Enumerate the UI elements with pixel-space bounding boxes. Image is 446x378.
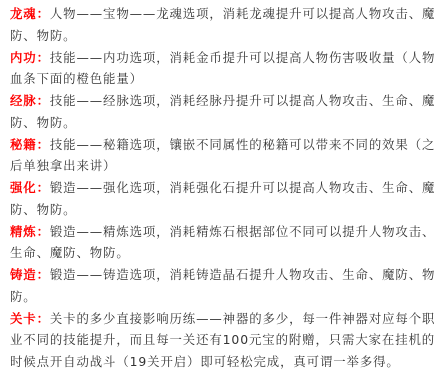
entry-neigong: 内功：技能——内功选项，消耗金币提升可以提高人物伤害吸收量（人物血条下面的橙色能… [10, 47, 438, 91]
entry-description: 人物——宝物——龙魂选项，消耗龙魂提升可以提高人物攻击、魔防、物防。 [10, 6, 435, 43]
article-body: 龙魂：人物——宝物——龙魂选项，消耗龙魂提升可以提高人物攻击、魔防、物防。 内功… [0, 0, 446, 373]
entry-description: 锻造——强化选项，消耗强化石提升可以提高人物攻击、生命、魔防、物防。 [10, 180, 435, 217]
entry-miji: 秘籍：技能——秘籍选项，镶嵌不同属性的秘籍可以带来不同的效果（之后单独拿出来讲） [10, 134, 438, 178]
term-label: 秘籍： [10, 137, 50, 152]
entry-description: 技能——内功选项，消耗金币提升可以提高人物伤害吸收量（人物血条下面的橙色能量） [10, 50, 435, 87]
term-label: 关卡： [10, 311, 50, 326]
entry-guanka: 关卡：关卡的多少直接影响历练——神器的多少，每一件神器对应每个职业不同的技能提升… [10, 308, 438, 373]
term-label: 龙魂： [10, 6, 50, 21]
entry-description: 关卡的多少直接影响历练——神器的多少，每一件神器对应每个职业不同的技能提升，而且… [10, 311, 435, 370]
entry-jinglian: 精炼：锻造——精炼选项，消耗精炼石根据部位不同可以提升人物攻击、生命、魔防、物防… [10, 221, 438, 265]
term-label: 强化： [10, 180, 50, 195]
entry-zhuzao: 铸造：锻造——铸造选项，消耗铸造晶石提升人物攻击、生命、魔防、物防。 [10, 264, 438, 308]
entry-description: 锻造——精炼选项，消耗精炼石根据部位不同可以提升人物攻击、生命、魔防、物防。 [10, 224, 435, 261]
entry-jingmai: 经脉：技能——经脉选项，消耗经脉丹提升可以提高人物攻击、生命、魔防、物防。 [10, 90, 438, 134]
term-label: 经脉： [10, 93, 50, 108]
entry-qianghua: 强化：锻造——强化选项，消耗强化石提升可以提高人物攻击、生命、魔防、物防。 [10, 177, 438, 221]
entry-description: 技能——经脉选项，消耗经脉丹提升可以提高人物攻击、生命、魔防、物防。 [10, 93, 435, 130]
entry-description: 技能——秘籍选项，镶嵌不同属性的秘籍可以带来不同的效果（之后单独拿出来讲） [10, 137, 435, 174]
entry-longhun: 龙魂：人物——宝物——龙魂选项，消耗龙魂提升可以提高人物攻击、魔防、物防。 [10, 3, 438, 47]
term-label: 精炼： [10, 224, 50, 239]
term-label: 内功： [10, 50, 50, 65]
term-label: 铸造： [10, 267, 50, 282]
entry-description: 锻造——铸造选项，消耗铸造晶石提升人物攻击、生命、魔防、物防。 [10, 267, 435, 304]
